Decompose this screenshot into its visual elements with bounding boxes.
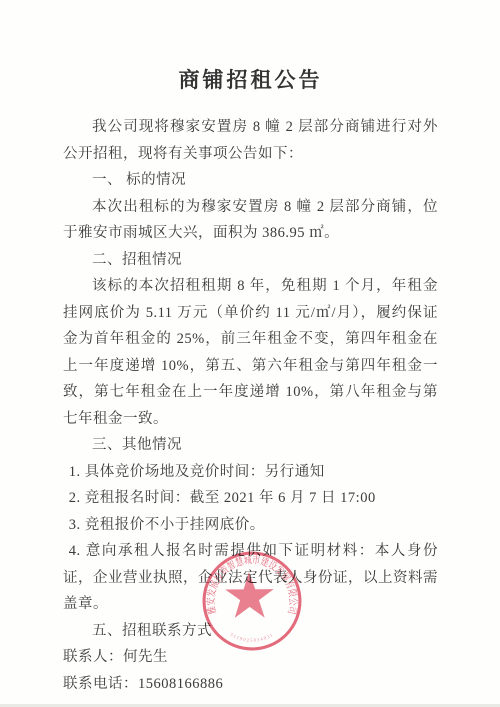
document-line-item: 3. 竞租报价不小于挂网底价。 [63,512,438,539]
document-body: 我公司现将穆家安置房 8 幢 2 层部分商铺进行对外公开招租，现将有关事项公告如… [63,114,438,697]
document-line-heading: 二、招租情况 [63,247,438,274]
document-line-heading: 五、招租联系方式 [63,618,438,645]
document-line-contact: 联系人：何先生 [63,644,438,671]
document-line-item: 4. 意向承租人报名时需提供如下证明材料：本人身份证，企业营业执照，企业法定代表… [63,538,438,618]
document-line-item: 1. 具体竞价场地及竞价时间：另行通知 [63,459,438,486]
document-line-para: 我公司现将穆家安置房 8 幢 2 层部分商铺进行对外公开招租，现将有关事项公告如… [63,114,438,167]
page-title: 商铺招租公告 [63,64,438,96]
document-line-heading: 三、其他情况 [63,432,438,459]
document-line-para: 本次出租标的为穆家安置房 8 幢 2 层部分商铺，位于雅安市雨城区大兴，面积为 … [63,194,438,247]
document-line-contact: 联系电话：15608166886 [63,671,438,698]
document-line-para: 该标的本次招租租期 8 年，免租期 1 个月，年租金挂网底价为 5.11 万元（… [63,273,438,432]
document-line-item: 2. 竞租报名时间：截至 2021 年 6 月 7 日 17:00 [63,485,438,512]
document-line-heading: 一、 标的情况 [63,167,438,194]
scanned-document-page: 商铺招租公告 我公司现将穆家安置房 8 幢 2 层部分商铺进行对外公开招租，现将… [0,0,500,707]
